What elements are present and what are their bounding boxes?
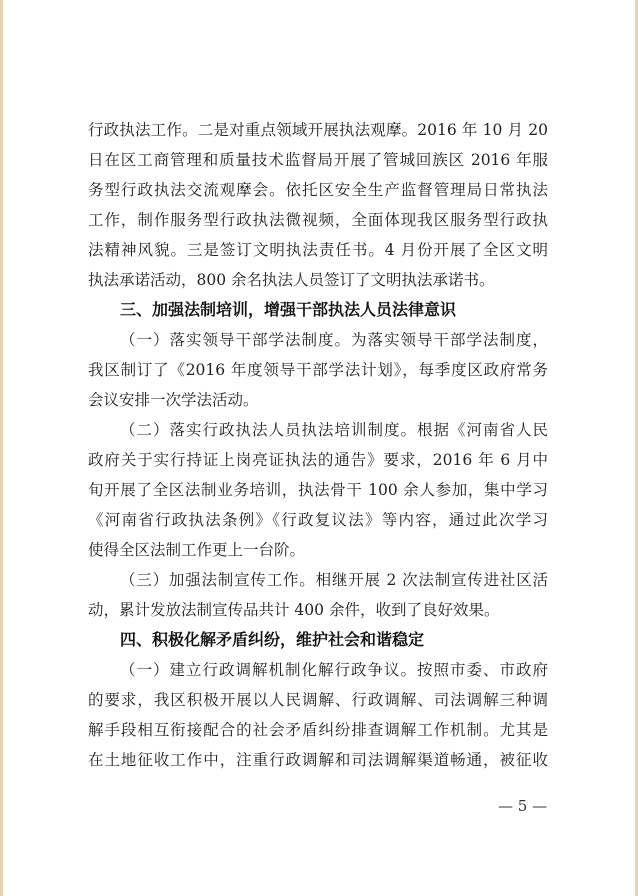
text-line: 日在区工商管理和质量技术监督局开展了管城回族区 2016 年服 xyxy=(88,150,548,170)
text-line: 执法承诺活动，800 余名执法人员签订了文明执法承诺书。 xyxy=(88,270,548,290)
text-line: 政府关于实行持证上岗亮证执法的通告》要求，2016 年 6 月中 xyxy=(88,450,548,470)
text-line: 使得全区法制工作更上一台阶。 xyxy=(88,540,548,560)
text-line: 旬开展了全区法制业务培训，执法骨干 100 余人参加，集中学习 xyxy=(88,480,548,500)
text-line: 在土地征收工作中，注重行政调解和司法调解渠道畅通，被征收 xyxy=(88,750,548,770)
text-line: 《河南省行政执法条例》《行政复议法》等内容，通过此次学习 xyxy=(88,510,548,530)
text-line: 法精神风貌。三是签订文明执法责任书。4 月份开展了全区文明 xyxy=(88,240,548,260)
text-line: 工作，制作服务型行政执法微视频，全面体现我区服务型行政执 xyxy=(88,210,548,230)
text-line: 务型行政执法交流观摩会。依托区安全生产监督管理局日常执法 xyxy=(88,180,548,200)
section-heading: 四、积极化解矛盾纠纷，维护社会和谐稳定 xyxy=(120,630,548,650)
section-heading: 三、加强法制培训，增强干部执法人员法律意识 xyxy=(120,300,548,320)
text-line: 解手段相互衔接配合的社会矛盾纠纷排查调解工作机制。尤其是 xyxy=(88,720,548,740)
text-line: （二）落实行政执法人员执法培训制度。根据《河南省人民 xyxy=(120,420,548,440)
text-line: 我区制订了《2016 年度领导干部学法计划》，每季度区政府常务 xyxy=(88,360,548,380)
text-line: （三）加强法制宣传工作。相继开展 2 次法制宣传进社区活 xyxy=(120,570,548,590)
page-number: — 5 — xyxy=(498,797,547,815)
text-line: （一）建立行政调解机制化解行政争议。按照市委、市政府 xyxy=(120,660,548,680)
text-line: 会议安排一次学法活动。 xyxy=(88,390,548,410)
text-line: 的要求，我区积极开展以人民调解、行政调解、司法调解三种调 xyxy=(88,690,548,710)
text-line: 动，累计发放法制宣传品共计 400 余件，收到了良好效果。 xyxy=(88,600,548,620)
text-line: （一）落实领导干部学法制度。为落实领导干部学法制度， xyxy=(120,330,548,350)
document-page: 行政执法工作。二是对重点领域开展执法观摩。2016 年 10 月 20日在区工商… xyxy=(3,0,635,896)
text-line: 行政执法工作。二是对重点领域开展执法观摩。2016 年 10 月 20 xyxy=(88,120,548,140)
